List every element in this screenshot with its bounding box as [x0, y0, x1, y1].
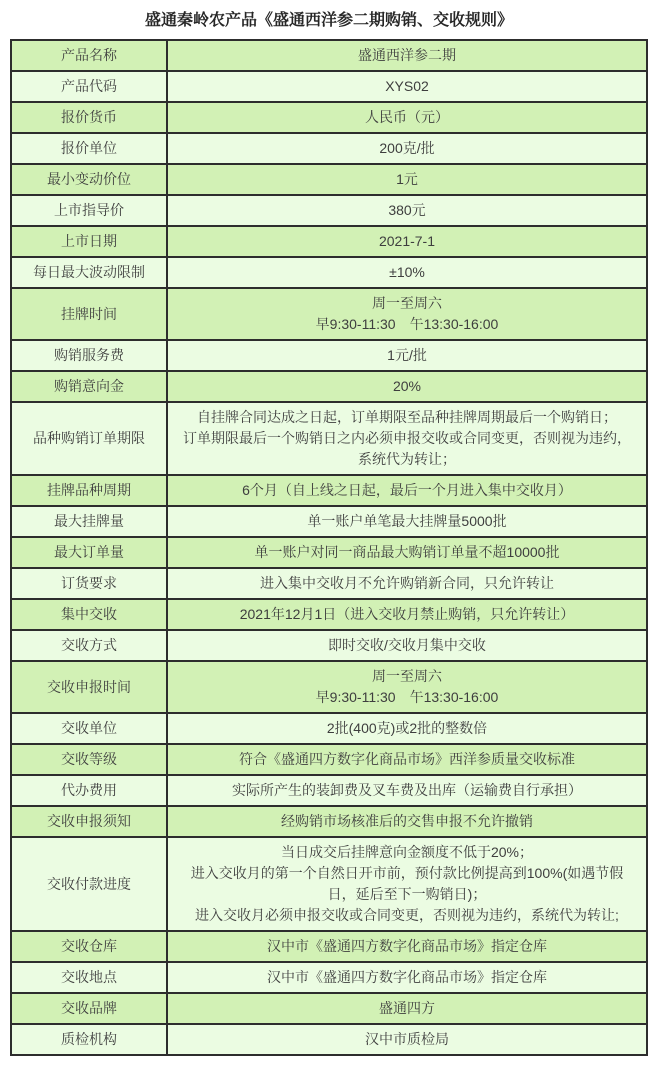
row-value: 进入集中交收月不允许购销新合同，只允许转让: [167, 568, 647, 599]
table-row: 品种购销订单期限自挂牌合同达成之日起，订单期限至品种挂牌周期最后一个购销日； 订…: [11, 402, 647, 475]
row-value: 单一账户对同一商品最大购销订单量不超10000批: [167, 537, 647, 568]
row-value: 符合《盛通四方数字化商品市场》西洋参质量交收标准: [167, 744, 647, 775]
row-label: 购销意向金: [11, 371, 167, 402]
row-label: 交收申报须知: [11, 806, 167, 837]
table-row: 挂牌品种周期6个月（自上线之日起，最后一个月进入集中交收月）: [11, 475, 647, 506]
table-row: 购销意向金20%: [11, 371, 647, 402]
row-label: 交收付款进度: [11, 837, 167, 931]
row-value: 汉中市《盛通四方数字化商品市场》指定仓库: [167, 931, 647, 962]
row-label: 上市指导价: [11, 195, 167, 226]
row-label: 交收申报时间: [11, 661, 167, 713]
row-label: 订货要求: [11, 568, 167, 599]
table-row: 最小变动价位1元: [11, 164, 647, 195]
row-value: 6个月（自上线之日起，最后一个月进入集中交收月）: [167, 475, 647, 506]
row-label: 最小变动价位: [11, 164, 167, 195]
row-label: 最大订单量: [11, 537, 167, 568]
rules-table-body: 产品名称盛通西洋参二期产品代码XYS02报价货币人民币（元）报价单位200克/批…: [11, 40, 647, 1055]
table-row: 最大挂牌量单一账户单笔最大挂牌量5000批: [11, 506, 647, 537]
row-label: 交收仓库: [11, 931, 167, 962]
row-value: 盛通四方: [167, 993, 647, 1024]
row-value: 人民币（元）: [167, 102, 647, 133]
row-value: 经购销市场核准后的交售申报不允许撤销: [167, 806, 647, 837]
table-row: 交收等级符合《盛通四方数字化商品市场》西洋参质量交收标准: [11, 744, 647, 775]
row-value: 2021-7-1: [167, 226, 647, 257]
row-value: 单一账户单笔最大挂牌量5000批: [167, 506, 647, 537]
row-label: 产品名称: [11, 40, 167, 71]
row-label: 集中交收: [11, 599, 167, 630]
table-row: 购销服务费1元/批: [11, 340, 647, 371]
row-value: 盛通西洋参二期: [167, 40, 647, 71]
table-row: 交收地点汉中市《盛通四方数字化商品市场》指定仓库: [11, 962, 647, 993]
table-row: 上市日期2021-7-1: [11, 226, 647, 257]
page-title: 盛通秦岭农产品《盛通西洋参二期购销、交收规则》: [0, 7, 658, 30]
row-label: 交收品牌: [11, 993, 167, 1024]
row-value: 实际所产生的装卸费及叉车费及出库（运输费自行承担）: [167, 775, 647, 806]
row-label: 每日最大波动限制: [11, 257, 167, 288]
table-row: 挂牌时间周一至周六 早9:30-11:30 午13:30-16:00: [11, 288, 647, 340]
row-value: 2批(400克)或2批的整数倍: [167, 713, 647, 744]
row-value: 200克/批: [167, 133, 647, 164]
row-value: 20%: [167, 371, 647, 402]
row-label: 报价单位: [11, 133, 167, 164]
table-row: 报价货币人民币（元）: [11, 102, 647, 133]
table-row: 交收付款进度当日成交后挂牌意向金额度不低于20%； 进入交收月的第一个自然日开市…: [11, 837, 647, 931]
table-row: 质检机构汉中市质检局: [11, 1024, 647, 1055]
row-label: 质检机构: [11, 1024, 167, 1055]
row-value: 2021年12月1日（进入交收月禁止购销，只允许转让）: [167, 599, 647, 630]
table-row: 最大订单量单一账户对同一商品最大购销订单量不超10000批: [11, 537, 647, 568]
row-label: 代办费用: [11, 775, 167, 806]
table-row: 交收申报须知经购销市场核准后的交售申报不允许撤销: [11, 806, 647, 837]
table-row: 订货要求进入集中交收月不允许购销新合同，只允许转让: [11, 568, 647, 599]
row-label: 品种购销订单期限: [11, 402, 167, 475]
table-row: 产品名称盛通西洋参二期: [11, 40, 647, 71]
page: { "title": "盛通秦岭农产品《盛通西洋参二期购销、交收规则》", "c…: [0, 0, 658, 1085]
row-label: 挂牌品种周期: [11, 475, 167, 506]
table-row: 交收仓库汉中市《盛通四方数字化商品市场》指定仓库: [11, 931, 647, 962]
row-value: 即时交收/交收月集中交收: [167, 630, 647, 661]
table-row: 产品代码XYS02: [11, 71, 647, 102]
table-row: 每日最大波动限制±10%: [11, 257, 647, 288]
row-label: 挂牌时间: [11, 288, 167, 340]
row-label: 产品代码: [11, 71, 167, 102]
row-value: 周一至周六 早9:30-11:30 午13:30-16:00: [167, 661, 647, 713]
table-row: 交收申报时间周一至周六 早9:30-11:30 午13:30-16:00: [11, 661, 647, 713]
table-row: 交收方式即时交收/交收月集中交收: [11, 630, 647, 661]
row-value: XYS02: [167, 71, 647, 102]
table-row: 集中交收2021年12月1日（进入交收月禁止购销，只允许转让）: [11, 599, 647, 630]
row-label: 交收地点: [11, 962, 167, 993]
row-value: 汉中市《盛通四方数字化商品市场》指定仓库: [167, 962, 647, 993]
row-label: 上市日期: [11, 226, 167, 257]
table-row: 交收品牌盛通四方: [11, 993, 647, 1024]
row-value: 汉中市质检局: [167, 1024, 647, 1055]
row-value: 1元/批: [167, 340, 647, 371]
row-label: 交收单位: [11, 713, 167, 744]
row-value: 周一至周六 早9:30-11:30 午13:30-16:00: [167, 288, 647, 340]
table-row: 上市指导价380元: [11, 195, 647, 226]
row-label: 报价货币: [11, 102, 167, 133]
row-label: 交收等级: [11, 744, 167, 775]
table-row: 报价单位200克/批: [11, 133, 647, 164]
row-value: ±10%: [167, 257, 647, 288]
row-value: 自挂牌合同达成之日起，订单期限至品种挂牌周期最后一个购销日； 订单期限最后一个购…: [167, 402, 647, 475]
row-label: 交收方式: [11, 630, 167, 661]
rules-table: 产品名称盛通西洋参二期产品代码XYS02报价货币人民币（元）报价单位200克/批…: [10, 39, 648, 1056]
row-label: 购销服务费: [11, 340, 167, 371]
table-row: 代办费用实际所产生的装卸费及叉车费及出库（运输费自行承担）: [11, 775, 647, 806]
table-row: 交收单位2批(400克)或2批的整数倍: [11, 713, 647, 744]
row-value: 当日成交后挂牌意向金额度不低于20%； 进入交收月的第一个自然日开市前，预付款比…: [167, 837, 647, 931]
row-value: 380元: [167, 195, 647, 226]
row-label: 最大挂牌量: [11, 506, 167, 537]
row-value: 1元: [167, 164, 647, 195]
